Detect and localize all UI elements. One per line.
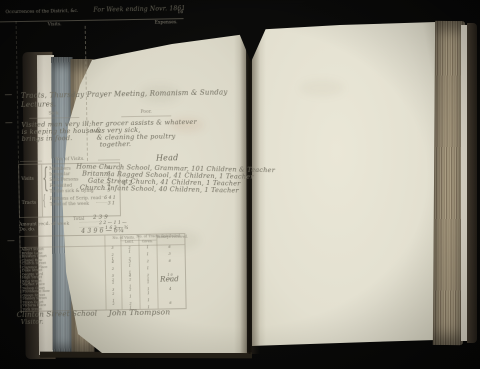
school-name: Clinton Street School [17, 310, 98, 319]
lent-value: 1 [126, 295, 135, 299]
summary-row-value: 6 4 1 [104, 195, 116, 200]
dotted-leader [96, 182, 107, 184]
subcolumn-rule-right [121, 115, 171, 117]
header-money: Moneys received. [157, 235, 182, 239]
group1-brace: { [42, 165, 49, 192]
note-right-line: together. [100, 140, 132, 149]
summary-row-value: 3 [107, 188, 115, 193]
column-header-right: Expenses. [155, 20, 175, 25]
page-number: 16 [177, 10, 183, 15]
right-page-content: Occurrences of the District, &c. For Wee… [0, 0, 195, 330]
header-lent: Lent. [122, 240, 137, 244]
summary-row-value: 1 [107, 177, 115, 182]
margin-note-upper: Head [156, 153, 179, 162]
dotted-leader [96, 171, 107, 173]
column-header-left: Visits. [45, 22, 65, 27]
book-cover-right [467, 23, 477, 343]
visits-value: 2 [109, 267, 117, 270]
visits-value: 3 [109, 246, 117, 249]
note-line: Lectures. [21, 100, 56, 109]
summary-group1-label: Visits [21, 177, 34, 182]
street-table: No. of Visits. No. of Tracts distributed… [19, 233, 186, 312]
dotted-leader [80, 221, 99, 223]
summary-extra-value: 4 2 [122, 180, 132, 187]
subcolumn-label-left: Sick. [44, 111, 64, 116]
visits-value: 2 [110, 302, 118, 305]
given-value: 1 [143, 253, 152, 257]
summary-row-value: 6 [107, 171, 115, 176]
summary-row: Total of the week 3 1 [50, 201, 116, 208]
summary-row: To the sick & dying 3 [50, 188, 116, 195]
given-value: 1 [144, 281, 153, 285]
dotted-leader [96, 201, 107, 203]
summary-row-value: 3 1 [108, 201, 116, 206]
subcolumn-label-right: Poor. [136, 110, 156, 115]
dotted-leader [96, 188, 107, 190]
summary-caption: No. of Visits. [50, 157, 90, 162]
visitor-signature: John Thompson [109, 307, 171, 317]
week-ending-date: For Week ending Novr. 1861 [93, 5, 185, 14]
given-value: 1 [143, 246, 152, 250]
summary-row-value: 4 [107, 165, 115, 170]
margin-mark [5, 122, 12, 123]
dotted-leader [96, 165, 107, 167]
margin-mark [7, 240, 14, 241]
summary-row-label: To the sick & dying [50, 188, 96, 194]
header-given: Given. [140, 240, 155, 244]
given-value: 1 [144, 267, 153, 271]
group2-brace: { [43, 194, 46, 208]
visits-value: 4 [109, 260, 117, 263]
note-left-line: brings in food. [22, 134, 73, 143]
visitor-role: Visitor. [21, 319, 44, 326]
margin-mark [5, 94, 12, 95]
summary-group1-rows: Members 4 Irregular 6 Sick Persons 1 [49, 165, 115, 194]
ledger-photo: Home Church School, Grammar, 101 Childre… [0, 0, 480, 369]
subcolumn-rule-left [29, 117, 79, 119]
caption-rule [98, 159, 120, 160]
summary-table: Visits Tracts { { Members 4 Irregular [18, 162, 121, 218]
visits-value: 1 [109, 281, 117, 284]
form-title: Occurrences of the District, &c. [5, 9, 78, 15]
paper-smudge [300, 80, 344, 96]
money-row-label: Do. do. [19, 226, 79, 232]
right-page [250, 20, 442, 348]
lent-value: 2 [126, 288, 135, 292]
summary-row-label: Total of the week [50, 201, 96, 207]
margin-note-lower: Read [160, 275, 179, 283]
summary-group2-rows: Portions of Scrip. read 6 4 1 Total of t… [50, 195, 116, 207]
caption-rule [20, 161, 42, 162]
summary-group2-label: Tracts [22, 201, 37, 206]
dotted-leader [96, 177, 107, 179]
given-value: 2 [143, 260, 152, 264]
summary-row-value: 8 [107, 182, 115, 187]
